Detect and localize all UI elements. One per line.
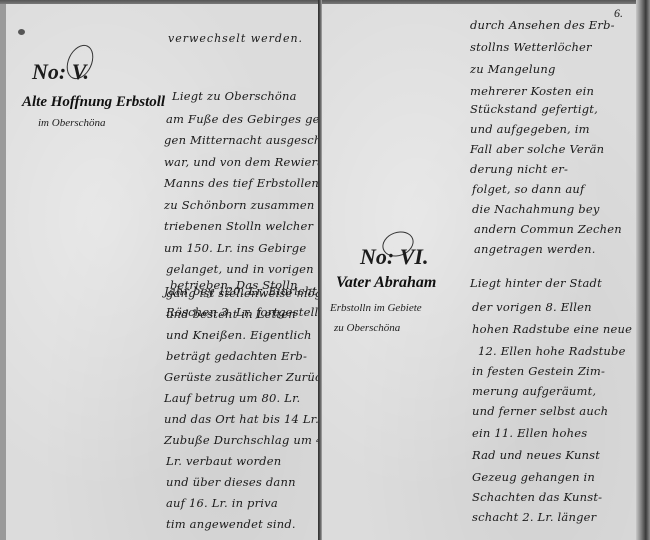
continuation-line: verwechselt werden. xyxy=(168,32,303,45)
text-line: tim angewendet sind. xyxy=(166,517,296,531)
manuscript-spread: verwechselt werden. No: V. Alte Hoffnung… xyxy=(0,0,650,540)
text-line: Liegt zu Oberschöna xyxy=(172,89,297,103)
text-line: und besteht in Letten xyxy=(166,307,296,321)
text-line: Liegt hinter der Stadt xyxy=(470,276,602,290)
text-line: zu Mangelung xyxy=(470,62,556,76)
text-line: die Nachahmung bey xyxy=(472,202,600,216)
right-page: 6. durch Ansehen des Erb- stollns Wetter… xyxy=(322,4,638,540)
text-line: in festen Gestein Zim- xyxy=(472,364,605,378)
text-line: und aufgegeben, im xyxy=(470,122,590,136)
text-line: Zubuße Durchschlag um 40. xyxy=(164,433,335,447)
text-line: Gezeug gehangen in xyxy=(472,470,595,484)
text-line: merung aufgeräumt, xyxy=(472,384,596,398)
ink-blot xyxy=(18,29,25,35)
entry-number-prefix: No: xyxy=(32,59,66,84)
text-line: stollns Wetterlöcher xyxy=(470,40,592,54)
text-line: mehrerer Kosten ein xyxy=(470,84,594,98)
text-line: Fall aber solche Verän xyxy=(470,142,604,156)
text-line: derung nicht er- xyxy=(470,162,568,176)
text-line: angetragen werden. xyxy=(474,242,596,256)
text-line: Gerüste zusätlicher Zurück xyxy=(164,370,329,384)
text-line: hohen Radstube eine neue xyxy=(472,322,632,336)
text-line: Lr. verbaut worden xyxy=(166,454,281,468)
text-line: Rad und neues Kunst xyxy=(472,448,600,462)
text-line: und Kneißen. Eigentlich xyxy=(166,328,312,342)
entry-subtitle-line: zu Oberschöna xyxy=(334,322,400,334)
text-line: triebenen Stolln welcher xyxy=(164,219,313,233)
entry-subtitle-line: Erbstolln im Gebiete xyxy=(330,302,422,314)
page-number: 6. xyxy=(614,6,623,21)
text-line: Stückstand gefertigt, xyxy=(470,102,598,116)
text-line: am Fuße des Gebirges gegen xyxy=(166,112,320,126)
text-line: der vorigen 8. Ellen xyxy=(472,300,592,314)
entry-number: VI. xyxy=(400,244,429,269)
text-line: ein 11. Ellen hohes xyxy=(472,426,587,440)
entry-number-prefix: No: xyxy=(360,244,394,269)
text-line: Lauf betrug um 80. Lr. xyxy=(164,391,300,405)
text-line: zu Schönborn zusammen be- xyxy=(164,198,320,212)
entry-title: Alte Hoffnung Erbstoll xyxy=(22,94,165,111)
text-line: und das Ort hat bis 14 Lr. xyxy=(164,412,319,426)
text-line: gelanget, und in vorigen xyxy=(166,262,314,276)
entry-number-label: No: VI. xyxy=(360,244,428,270)
text-line: schacht 2. Lr. länger xyxy=(472,510,596,524)
entry-number-label: No: V. xyxy=(32,59,89,85)
entry-subtitle: im Oberschöna xyxy=(38,117,106,129)
text-line: durch Ansehen des Erb- xyxy=(470,18,615,32)
text-line: beträgt gedachten Erb- xyxy=(166,349,307,363)
page-edge xyxy=(636,0,650,540)
text-line: folget, so dann auf xyxy=(472,182,584,196)
text-line: Schachten das Kunst- xyxy=(472,490,602,504)
text-line: und ferner selbst auch xyxy=(472,404,608,418)
text-line: und über dieses dann xyxy=(166,475,296,489)
text-line: auf 16. Lr. in priva xyxy=(166,496,278,510)
text-line: 12. Ellen hohe Radstube xyxy=(478,344,626,358)
text-line: Manns des tief Erbstollen xyxy=(164,176,319,190)
entry-title: Vater Abraham xyxy=(336,274,436,292)
entry-number: V. xyxy=(72,59,89,84)
text-line: war, und von dem Rewieranten xyxy=(164,155,320,169)
text-line: um 150. Lr. ins Gebirge xyxy=(164,241,306,255)
text-line: andern Commun Zechen xyxy=(474,222,622,236)
text-line: gen Mitternacht ausgeschlagen xyxy=(164,133,320,147)
